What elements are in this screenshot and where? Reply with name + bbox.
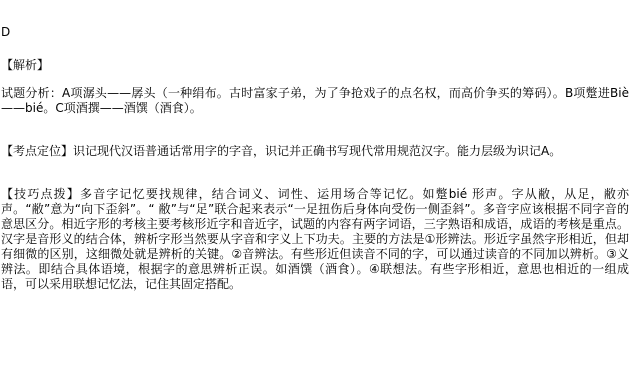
technique-body: 多音字记忆要找规律，结合词义、词性、运用场合等记忆。如蹩bié 形声。字从敝，从… (1, 187, 629, 291)
exam-point-body: 识记现代汉语普通话常用字的字音，识记并正确书写现代常用规范汉字。能力层级为识记A… (73, 144, 561, 158)
analysis-section-body: 试题分析：A项潺头——孱头（一种绢布。古时富家子弟，为了争抢戏子的点名权，而高价… (1, 86, 629, 116)
technique-heading: 【技巧点拨】 (1, 187, 80, 201)
exam-point-heading: 【考点定位】 (1, 144, 73, 158)
analysis-section-heading: 【解析】 (1, 58, 629, 73)
answer-letter: D (1, 25, 629, 40)
answer-explanation-page: D 【解析】 试题分析：A项潺头——孱头（一种绢布。古时富家子弟，为了争抢戏子的… (0, 0, 630, 292)
exam-point-section: 【考点定位】识记现代汉语普通话常用字的字音，识记并正确书写现代常用规范汉字。能力… (1, 144, 629, 159)
technique-section: 【技巧点拨】多音字记忆要找规律，结合词义、词性、运用场合等记忆。如蹩bié 形声… (1, 187, 629, 292)
